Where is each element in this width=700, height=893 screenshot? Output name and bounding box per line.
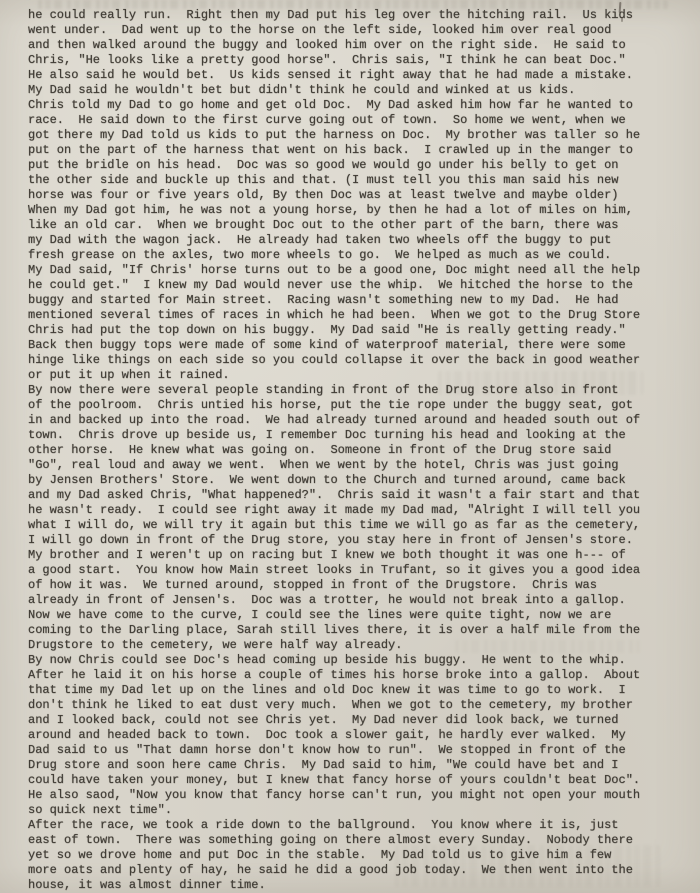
typewritten-document-page: he could really run. Right then my Dad p…: [0, 0, 700, 893]
typed-body-text: he could really run. Right then my Dad p…: [28, 8, 640, 893]
